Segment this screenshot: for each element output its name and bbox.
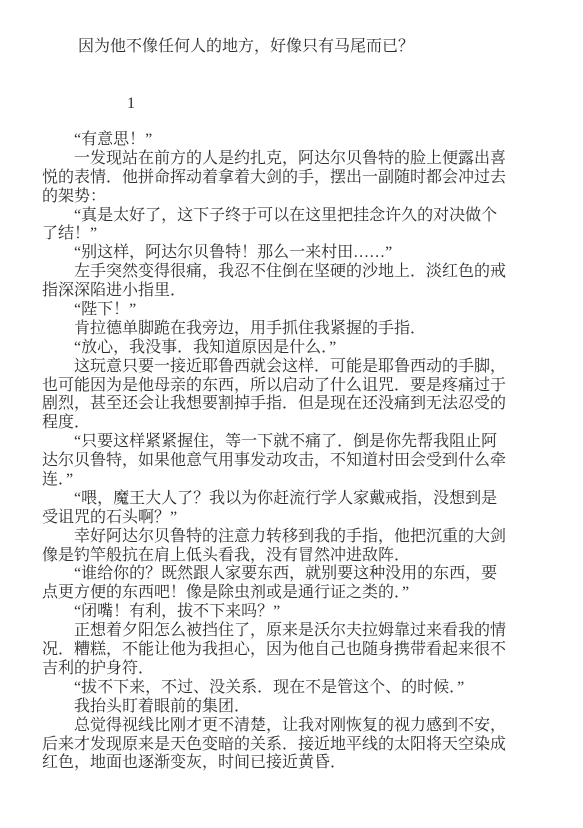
text-line: 受诅咒的石头啊？” bbox=[42, 509, 528, 528]
text-line: “谁给你的？既然跟人家要东西，就别要这种没用的东西，要 bbox=[42, 565, 528, 584]
text-line: “陛下！” bbox=[42, 301, 528, 320]
text-line: “喂，魔王大人了？我以为你赶流行学人家戴戒指，没想到是 bbox=[42, 490, 528, 509]
opening-line: 因为他不像任何人的地方，好像只有马尾而已？ bbox=[78, 37, 414, 56]
text-line: “有意思！” bbox=[42, 131, 528, 150]
text-line: 点更方便的东西吧！像是除虫剂或是通行证之类的．” bbox=[42, 584, 528, 603]
text-line: “闭嘴！有利，拔不下来吗？” bbox=[42, 603, 528, 622]
text-line: “别这样，阿达尔贝鲁特！那么一来村田……” bbox=[42, 244, 528, 263]
text-line: 红色，地面也逐渐变灰，时间已接近黄昏． bbox=[42, 754, 528, 773]
novel-page: 因为他不像任何人的地方，好像只有马尾而已？ 1 “有意思！” 一发现站在前方的人… bbox=[0, 0, 583, 828]
body-text: “有意思！” 一发现站在前方的人是约扎克，阿达尔贝鲁特的脸上便露出喜 悦的表情．… bbox=[42, 131, 528, 773]
text-line: 的架势： bbox=[42, 188, 528, 207]
text-line: 我抬头盯着眼前的集团． bbox=[42, 698, 528, 717]
text-line: 况．糟糕，不能让他为我担心，因为他自己也随身携带看起来很不 bbox=[42, 641, 528, 660]
text-line: 这玩意只要一接近耶鲁西就会这样．可能是耶鲁西动的手脚， bbox=[42, 358, 528, 377]
text-line: “只要这样紧紧握住，等一下就不痛了．倒是你先帮我阻止阿 bbox=[42, 433, 528, 452]
text-line: 连．” bbox=[42, 471, 528, 490]
text-line: 一发现站在前方的人是约扎克，阿达尔贝鲁特的脸上便露出喜 bbox=[42, 150, 528, 169]
text-line: 了结！” bbox=[42, 225, 528, 244]
text-line: 悦的表情．他拼命挥动着拿着大剑的手，摆出一副随时都会冲过去 bbox=[42, 169, 528, 188]
text-line: “真是太好了，这下子终于可以在这里把挂念许久的对决做个 bbox=[42, 207, 528, 226]
text-line: 也可能因为是他母亲的东西，所以启动了什么诅咒．要是疼痛过于 bbox=[42, 377, 528, 396]
text-line: 剧烈，甚至还会让我想要割掉手指．但是现在还没痛到无法忍受的 bbox=[42, 395, 528, 414]
text-line: 像是钓竿般抗在肩上低头看我，没有冒然冲进敌阵． bbox=[42, 547, 528, 566]
text-line: “拔不下来，不过、没关系．现在不是管这个、的时候．” bbox=[42, 679, 528, 698]
text-line: 程度． bbox=[42, 414, 528, 433]
text-line: 幸好阿达尔贝鲁特的注意力转移到我的手指，他把沉重的大剑 bbox=[42, 528, 528, 547]
text-line: “放心，我没事．我知道原因是什么．” bbox=[42, 339, 528, 358]
text-line: 吉利的护身符． bbox=[42, 660, 528, 679]
text-line: 肯拉德单脚跪在我旁边，用手抓住我紧握的手指． bbox=[42, 320, 528, 339]
section-number: 1 bbox=[127, 94, 135, 113]
text-line: 指深深陷进小指里． bbox=[42, 282, 528, 301]
text-line: 左手突然变得很痛，我忍不住倒在坚硬的沙地上．淡红色的戒 bbox=[42, 263, 528, 282]
text-line: 正想着夕阳怎么被挡住了，原来是沃尔夫拉姆靠过来看我的情 bbox=[42, 622, 528, 641]
text-line: 达尔贝鲁特，如果他意气用事发动攻击，不知道村田会受到什么牵 bbox=[42, 452, 528, 471]
text-line: 后来才发现原来是天色变暗的关系．接近地平线的太阳将天空染成 bbox=[42, 736, 528, 755]
text-line: 总觉得视线比刚才更不清楚，让我对刚恢复的视力感到不安， bbox=[42, 717, 528, 736]
